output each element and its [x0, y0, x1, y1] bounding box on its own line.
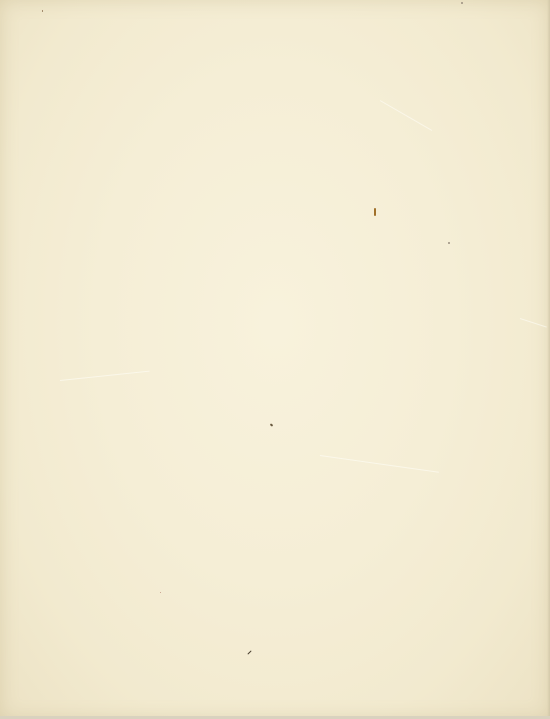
blank-paper-page: [0, 0, 550, 719]
ink-speck: [374, 208, 376, 216]
ink-speck: [42, 10, 43, 12]
ink-speck: [461, 2, 463, 4]
ink-speck: [448, 242, 450, 244]
ink-speck: [160, 592, 161, 593]
page-content-area: [0, 0, 550, 719]
